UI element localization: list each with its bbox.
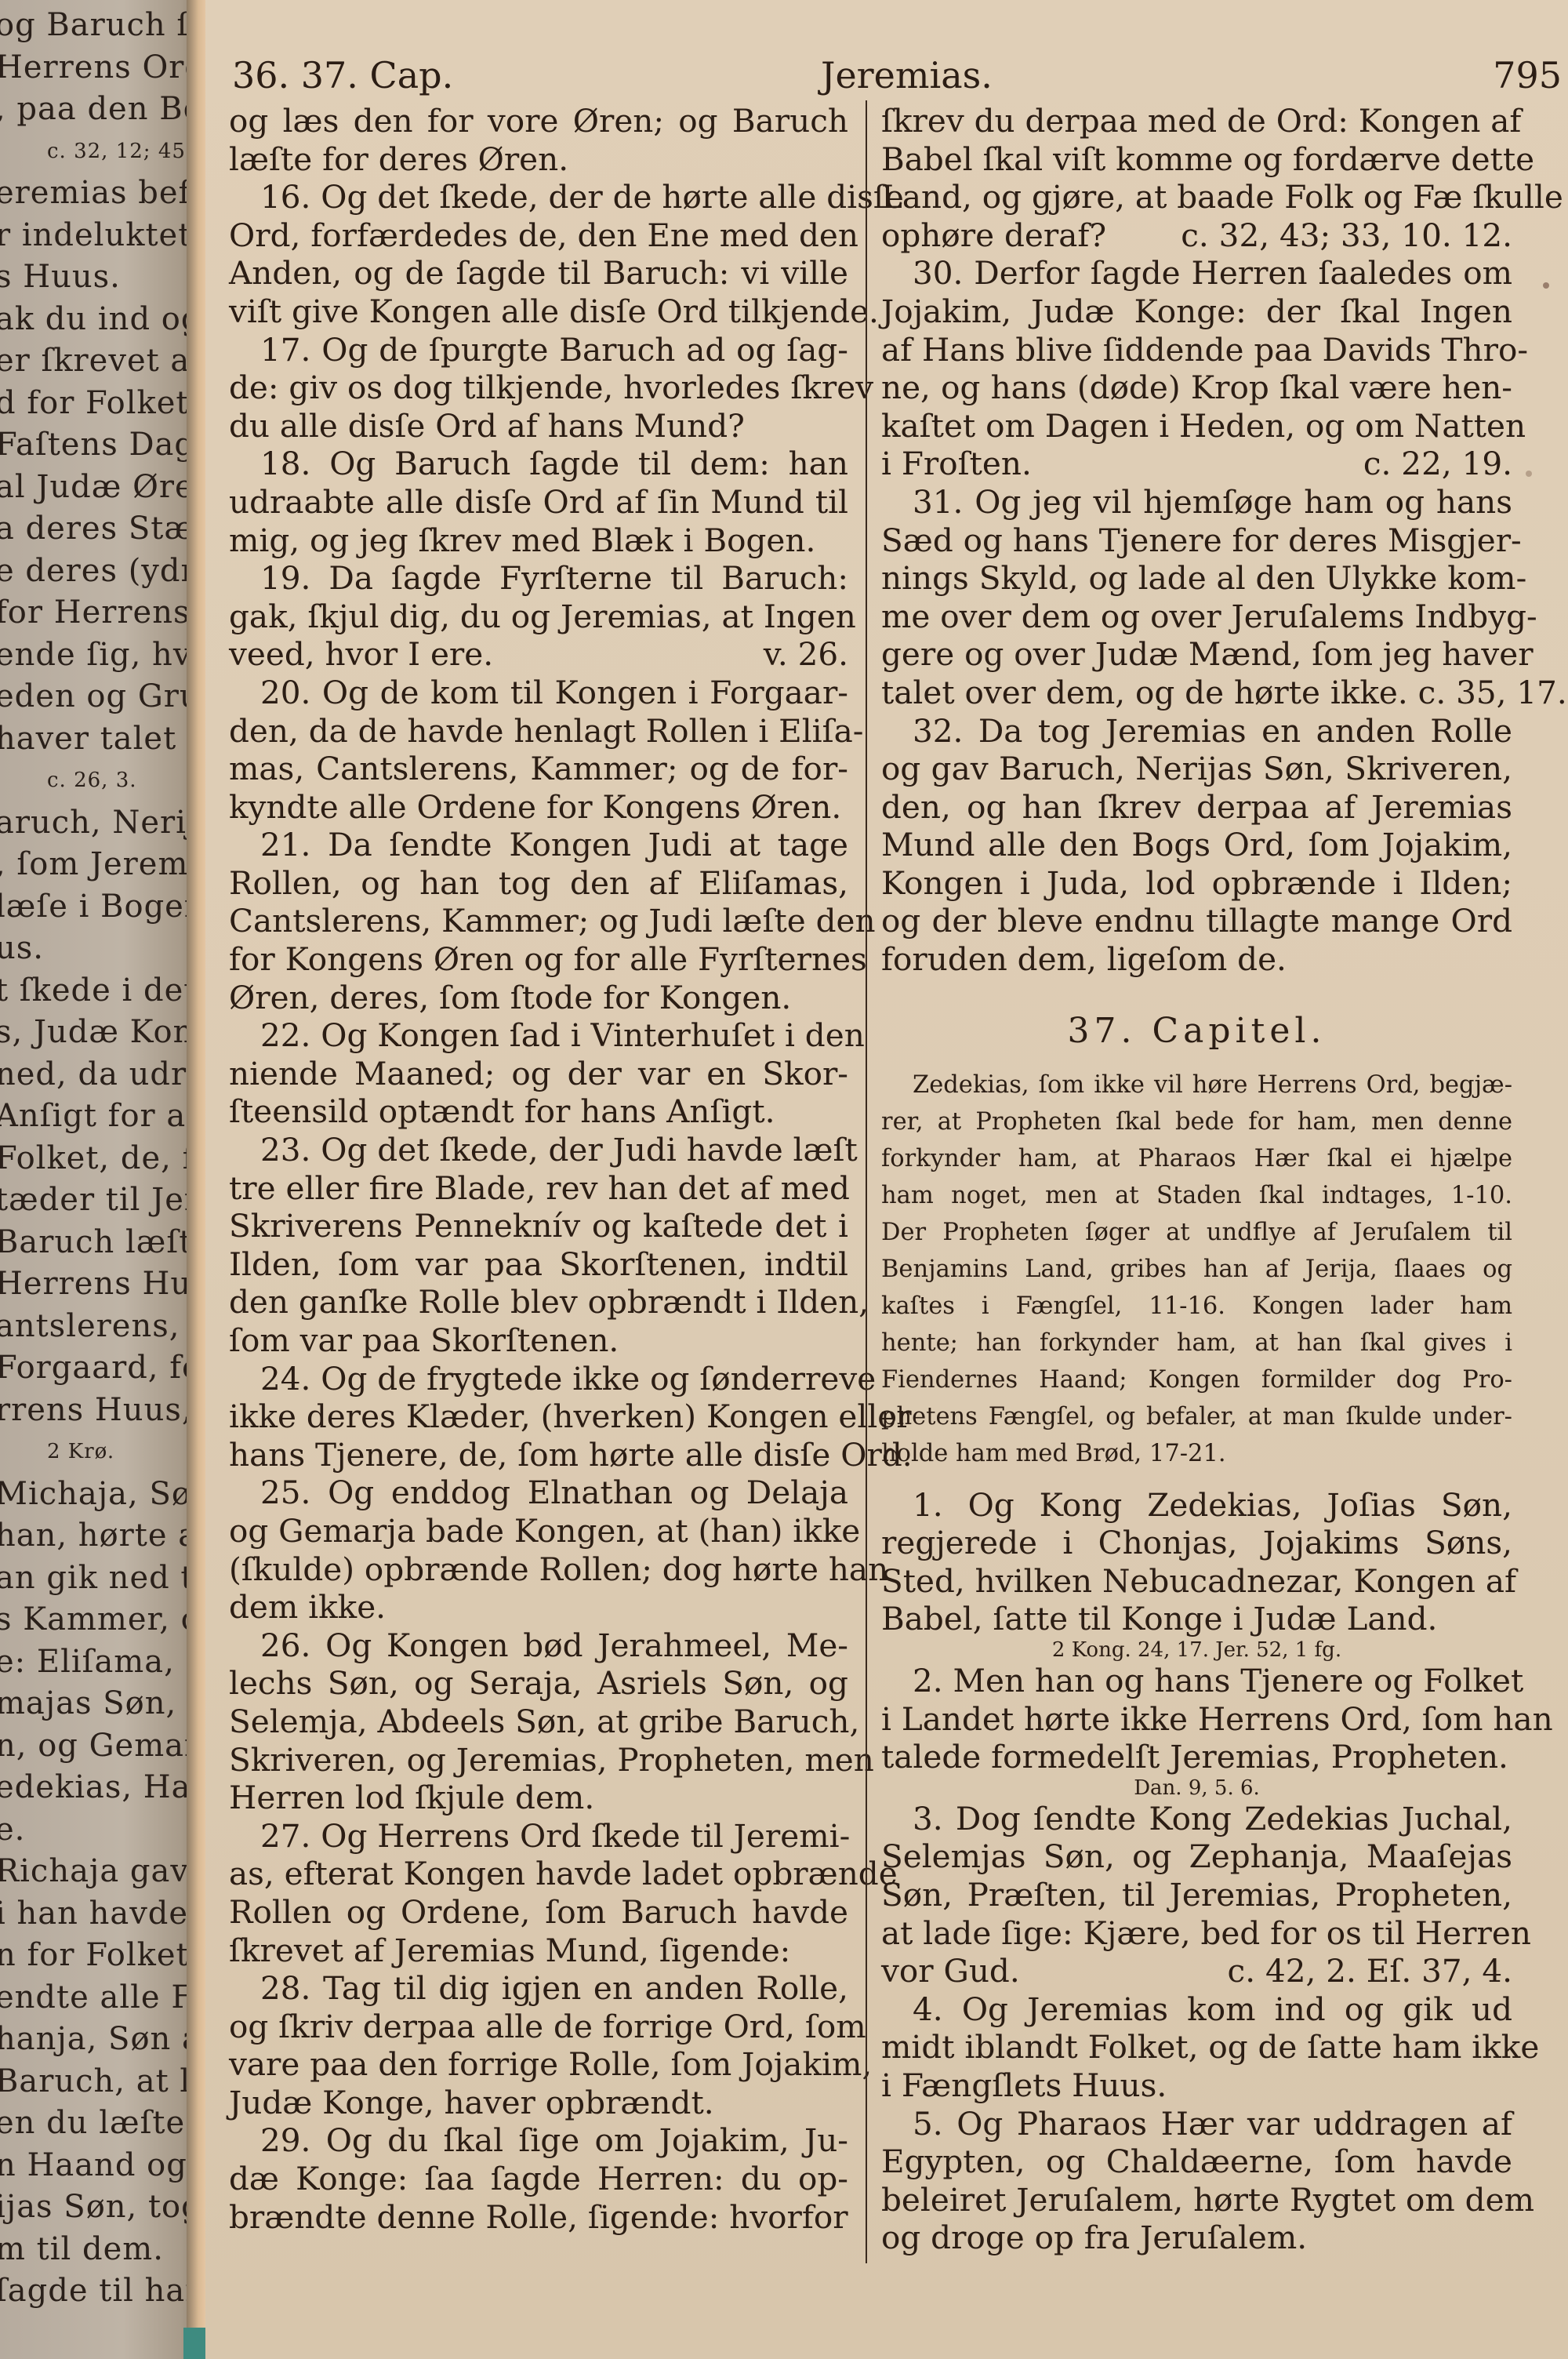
chapter-heading: 37. Capitel.: [881, 1010, 1512, 1052]
facing-page-line: eden og Grumheden: [0, 678, 205, 715]
facing-page-line: c. 26, 3.: [47, 761, 137, 799]
verse-block-1: 1. Og Kong Zedekias, Joſias Søn,regjered…: [881, 1486, 1512, 1638]
text-line: og gav Baruch, Nerijas Søn, Skriveren,: [881, 750, 1512, 788]
cross-reference: c. 22, 19.: [1363, 445, 1512, 483]
cross-reference: c. 32, 43; 33, 10. 12.: [1181, 216, 1512, 255]
text-line: Herren lod ſkjule dem.: [229, 1779, 848, 1817]
paper-spot: [1543, 282, 1549, 289]
facing-page-line: majas Søn, og Elna: [0, 1685, 205, 1722]
text-line: at lade ſige: Kjære, bed for os til Herr…: [881, 1914, 1512, 1953]
book-title: Jeremias.: [821, 52, 993, 99]
text-line: nings Skyld, og lade al den Ulykke kom-: [881, 559, 1512, 598]
text-line: foruden dem, ligeſom de.: [881, 940, 1512, 979]
cross-reference: 2 Kong. 24, 17. Jer. 52, 1 fg.: [881, 1638, 1512, 1662]
text-line: de: giv os dog tilkjende, hvorledes ſkre…: [229, 369, 848, 407]
text-line: Egypten, og Chaldæerne, ſom havde: [881, 2143, 1512, 2181]
running-head: 36. 37. Cap. Jeremias. 795: [221, 52, 1515, 99]
text-line: 16. Og det ſkede, der de hørte alle disſ…: [229, 178, 848, 216]
text-line: gere og over Judæ Mænd, ſom jeg haver: [881, 635, 1512, 674]
text-line: 32. Da tog Jeremias en anden Rolle: [881, 712, 1512, 751]
text-line: gak, ſkjul dig, du og Jeremias, at Ingen: [229, 598, 848, 636]
text-line: brændte denne Rolle, ſigende: hvorfor: [229, 2198, 848, 2237]
text-line: beleiret Jeruſalem, hørte Rygtet om dem: [881, 2181, 1512, 2219]
facing-page-line: ak du ind og læs i: [0, 300, 205, 338]
text-line: Skriverens Penneknív og kaſtede det i: [229, 1207, 848, 1245]
text-line: midt iblandt Folket, og de ſatte ham ikk…: [881, 2028, 1512, 2066]
facing-page-line: Anſigt for alt Folket i: [0, 1097, 205, 1135]
summary-line: Zedekias, ſom ikke vil høre Herrens Ord,…: [881, 1067, 1512, 1103]
text-line: vare paa den forrige Rolle, ſom Jojakim,: [229, 2045, 848, 2084]
text-line: ikke deres Klæder, (hverken) Kongen elle…: [229, 1398, 848, 1436]
facing-page-line: antslerens, Søns, Ka: [0, 1307, 205, 1345]
text-line: Sted, hvilken Nebucadnezar, Kongen af: [881, 1562, 1512, 1601]
verse-block-2: 2. Men han og hans Tjenere og Folketi La…: [881, 1662, 1512, 1776]
text-line: Jojakim, Judæ Konge: der ſkal Ingen: [881, 293, 1512, 331]
text-line: du alle disſe Ord af hans Mund?: [229, 407, 848, 445]
facing-page-line: Faſtens Dag; og du: [0, 426, 205, 463]
summary-line: forkynder ham, at Pharaos Hær ſkal ei hj…: [881, 1140, 1512, 1177]
text-line: 20. Og de kom til Kongen i Forgaar-: [229, 674, 848, 712]
text-line: Øren, deres, ſom ſtode for Kongen.: [229, 979, 848, 1017]
text-line: ſom var paa Skorſtenen.: [229, 1321, 848, 1360]
text-line: Ilden, ſom var paa Skorſtenen, indtil: [229, 1245, 848, 1284]
facing-page-line: Richaja gav dem alle O: [0, 1852, 205, 1890]
text-line: veed, hvor I ere.v. 26.: [229, 635, 848, 674]
text-line: og Gemarja bade Kongen, at (han) ikke: [229, 1512, 848, 1550]
text-line: as, efterat Kongen havde ladet opbrænde: [229, 1855, 848, 1893]
facing-page-line: eremias befoel Baruch: [0, 174, 205, 212]
text-line: 30. Derfor ſagde Herren ſaaledes om: [881, 254, 1512, 293]
summary-line: phetens Fængſel, og befaler, at man ſkul…: [881, 1398, 1512, 1435]
facing-page-line: i han havde hørt, der B: [0, 1895, 205, 1932]
facing-page-line: ende ſig, hver fra ſin: [0, 636, 205, 674]
text-line: Anden, og de ſagde til Baruch: vi ville: [229, 254, 848, 293]
text-line: af Hans blive ſiddende paa Davids Thro-: [881, 331, 1512, 369]
text-line: 18. Og Baruch ſagde til dem: han: [229, 445, 848, 483]
facing-page-line: haver talet imod dette: [0, 720, 205, 758]
text-line: kyndte alle Ordene for Kongens Øren.: [229, 788, 848, 827]
facing-page-line: n Haand og gak (ned): [0, 2146, 205, 2184]
text-line: 29. Og du ſkal ſige om Jojakim, Ju-: [229, 2121, 848, 2160]
text-line: 3. Dog ſendte Kong Zedekias Juchal,: [881, 1800, 1512, 1838]
text-line: 1. Og Kong Zedekias, Joſias Søn,: [881, 1486, 1512, 1525]
page-number: 795: [1493, 52, 1562, 99]
cross-reference: c. 42, 2. Eſ. 37, 4.: [1228, 1952, 1512, 1990]
text-line: mig, og jeg ſkrev med Blæk i Bogen.: [229, 522, 848, 560]
text-line: (ſkulde) opbrænde Rollen; dog hørte han: [229, 1550, 848, 1589]
text-line: og droge op fra Jeruſalem.: [881, 2219, 1512, 2257]
text-line: lechs Søn, og Seraja, Asriels Søn, og: [229, 1664, 848, 1703]
text-line: ne, og hans (døde) Krop ſkal være hen-: [881, 369, 1512, 407]
text-line: 22. Og Kongen ſad i Vinterhuſet i den: [229, 1016, 848, 1055]
facing-page-line: d for Folkets Øren i: [0, 384, 205, 422]
text-line: 5. Og Pharaos Hær var uddragen af: [881, 2105, 1512, 2143]
facing-page-line: ned, da udraabte de en: [0, 1056, 205, 1093]
facing-page-line: e deres (ydmyge) Bøn: [0, 552, 205, 590]
facing-page-line: e: Eliſama, Cantsleren: [0, 1643, 205, 1681]
text-line: vor Gud.c. 42, 2. Eſ. 37, 4.: [881, 1952, 1512, 1990]
facing-page-left: og Baruch ſkrev afHerrens Ord, ſom, paa …: [0, 0, 205, 2359]
cross-reference: v. 26.: [764, 635, 848, 674]
facing-page-line: ijas Søn, tog Rollen: [0, 2188, 205, 2226]
column-divider: [866, 100, 867, 2263]
facing-page-line: us.: [0, 929, 44, 967]
text-line: Land, og gjøre, at baade Folk og Fæ ſkul…: [881, 178, 1512, 216]
text-line: Selemja, Abdeels Søn, at gribe Baruch,: [229, 1703, 848, 1741]
text-line: Sæd og hans Tjenere for deres Misgjer-: [881, 522, 1512, 560]
bookmark-ribbon-edge: [183, 2328, 207, 2359]
facing-page-line: Michaja, Søn af Gem: [0, 1475, 205, 1513]
facing-page-line: s Kammer, og ſee, der: [0, 1601, 205, 1638]
text-line: dem ikke.: [229, 1588, 848, 1627]
text-line: i Fængſlets Huus.: [881, 2066, 1512, 2105]
facing-page-line: er ſkrevet af min: [0, 342, 205, 380]
facing-page-line: 2 Krø.: [47, 1433, 114, 1470]
text-line: udraabte alle disſe Ord af ſin Mund til: [229, 483, 848, 522]
summary-line: holde ham med Brød, 17-21.: [881, 1435, 1512, 1472]
text-line: 21. Da ſendte Kongen Judi at tage: [229, 826, 848, 864]
text-line: Kongen i Juda, lod opbrænde i Ilden;: [881, 864, 1512, 903]
text-line: 28. Tag til dig igjen en anden Rolle,: [229, 1969, 848, 2008]
summary-line: Der Propheten ſøger at undflye af Jeruſa…: [881, 1214, 1512, 1251]
chapter-36-ending: ſkrev du derpaa med de Ord: Kongen afBab…: [881, 102, 1512, 979]
text-line: 27. Og Herrens Ord ſkede til Jeremi-: [229, 1817, 848, 1856]
text-line: Babel, ſatte til Konge i Judæ Land.: [881, 1600, 1512, 1638]
text-line: Selemjas Søn, og Zephanja, Maaſejas: [881, 1837, 1512, 1876]
text-line: den, og han ſkrev derpaa af Jeremias: [881, 788, 1512, 827]
text-line: talede formedelſt Jeremias, Propheten.: [881, 1738, 1512, 1776]
text-line: læſte for deres Øren.: [229, 140, 848, 179]
text-line: ophøre deraf?c. 32, 43; 33, 10. 12.: [881, 216, 1512, 255]
text-line: Ord, forfærdedes de, den Ene med den: [229, 216, 848, 255]
facing-page-line: a deres Stæder.: [0, 510, 205, 547]
facing-page-line: , ſom Jeremias, Pro: [0, 845, 205, 883]
paper-spot: [1526, 471, 1532, 477]
text-line: me over dem og over Jeruſalems Indbyg-: [881, 598, 1512, 636]
summary-line: rer, at Propheten ſkal bede for ham, men…: [881, 1103, 1512, 1140]
facing-page-line: endte alle Fyrſterne: [0, 1979, 205, 2016]
facing-page-line: r indeluktet, jeg kan ikke: [0, 216, 205, 254]
chapter-range: 36. 37. Cap.: [232, 52, 453, 99]
chapter-summary: Zedekias, ſom ikke vil høre Herrens Ord,…: [881, 1067, 1512, 1472]
text-line: og ſkriv derpaa alle de forrige Ord, ſom: [229, 2008, 848, 2046]
text-line: 2. Men han og hans Tjenere og Folket: [881, 1662, 1512, 1700]
facing-page-line: aruch, Nerijas Søn,: [0, 804, 205, 841]
facing-page-line: en du læſte for Folkets: [0, 2104, 205, 2142]
text-line: i Froſten.c. 22, 19.: [881, 445, 1512, 483]
cross-reference: Dan. 9, 5. 6.: [881, 1776, 1512, 1800]
facing-page-line: og Baruch ſkrev af: [0, 6, 205, 44]
text-line: talet over dem, og de hørte ikke. c. 35,…: [881, 674, 1512, 712]
text-line: Mund alle den Bogs Ord, ſom Jojakim,: [881, 826, 1512, 864]
text-line: Rollen og Ordene, ſom Baruch havde: [229, 1893, 848, 1932]
facing-page-line: al Judæ Øren, for dem: [0, 468, 205, 506]
text-line: den, da de havde henlagt Rollen i Eliſa-: [229, 712, 848, 751]
facing-page-line: n for Folkets Øren.: [0, 1936, 205, 1974]
text-line: den ganſke Rolle blev opbrændt i Ilden,: [229, 1283, 848, 1321]
text-line: 4. Og Jeremias kom ind og gik ud: [881, 1990, 1512, 2029]
text-line: for Kongens Øren og for alle Fyrſternes: [229, 940, 848, 979]
facing-page-line: for Herrens Anſigt,: [0, 594, 205, 631]
summary-line: Fiendernes Haand; Kongen formilder dog P…: [881, 1361, 1512, 1398]
text-column-left: og læs den for vore Øren; og Baruchlæſte…: [229, 102, 848, 2236]
facing-page-line: Herrens Huus, i Gem: [0, 1265, 205, 1303]
summary-line: hente; han forkynder ham, at han ſkal gi…: [881, 1325, 1512, 1361]
verse-block-3-5: 3. Dog ſendte Kong Zedekias Juchal,Selem…: [881, 1800, 1512, 2257]
text-line: og læs den for vore Øren; og Baruch: [229, 102, 848, 140]
facing-page-line: hanja, Søn af Selemja: [0, 2020, 205, 2058]
facing-page-line: m til dem.: [0, 2230, 164, 2268]
facing-page-line: rrens Huus, for det: [0, 1391, 205, 1429]
text-line: ſkrev du derpaa med de Ord: Kongen af: [881, 102, 1512, 140]
text-line: Babel ſkal viſt komme og fordærve dette: [881, 140, 1512, 179]
text-line: Skriveren, og Jeremias, Propheten, men: [229, 1741, 848, 1779]
facing-page-line: e.: [0, 1811, 25, 1848]
facing-page-line: læſe i Bogen Herrens: [0, 888, 205, 925]
text-line: regjerede i Chonjas, Jojakims Søns,: [881, 1524, 1512, 1562]
text-line: ſteensild optændt for hans Anſigt.: [229, 1092, 848, 1131]
facing-page-line: han, hørte alle Herrens: [0, 1517, 205, 1554]
facing-page-line: tæder til Jeruſalem.: [0, 1181, 205, 1219]
text-line: Judæ Konge, haver opbrændt.: [229, 2084, 848, 2122]
summary-line: kaſtes i Fængſel, 11-16. Kongen lader ha…: [881, 1288, 1512, 1325]
summary-line: Benjamins Land, gribes han af Jerija, ſl…: [881, 1251, 1512, 1288]
text-line: mas, Cantslerens, Kammer; og de for-: [229, 750, 848, 788]
facing-page-line: s, Judæ Konges, Aar,: [0, 1013, 205, 1051]
facing-page-line: , paa den Bogs Rolle: [0, 90, 205, 128]
facing-page-line: Forgaard, for den nye: [0, 1349, 205, 1387]
summary-line: ham noget, men at Staden ſkal indtages, …: [881, 1177, 1512, 1214]
book-page-795: 36. 37. Cap. Jeremias. 795 og læs den fo…: [205, 0, 1568, 2359]
facing-page-line: c. 32, 12; 45, 1.: [47, 133, 205, 170]
text-line: 31. Og jeg vil hjemſøge ham og hans: [881, 483, 1512, 522]
text-line: tre eller fire Blade, rev han det af med: [229, 1169, 848, 1208]
text-line: Cantslerens, Kammer; og Judi læſte den: [229, 902, 848, 940]
facing-page-line: Baruch læſte i Bogen: [0, 1223, 205, 1261]
text-line: hans Tjenere, de, ſom hørte alle disſe O…: [229, 1436, 848, 1474]
text-line: kaſtet om Dagen i Heden, og om Natten: [881, 407, 1512, 445]
facing-page-line: ſagde til ham: ſæt dig: [0, 2272, 205, 2310]
text-line: niende Maaned; og der var en Skor-: [229, 1055, 848, 1093]
facing-page-line: s Huus.: [0, 258, 121, 296]
text-line: 24. Og de frygtede ikke og ſønderreve: [229, 1360, 848, 1398]
text-line: og der bleve endnu tillagte mange Ord: [881, 902, 1512, 940]
text-line: 23. Og det ſkede, der Judi havde læſt: [229, 1131, 848, 1169]
text-line: i Landet hørte ikke Herrens Ord, ſom han: [881, 1700, 1512, 1739]
facing-page-line: Baruch, at lade ſige:: [0, 2063, 205, 2100]
text-column-right: ſkrev du derpaa med de Ord: Kongen afBab…: [881, 102, 1512, 2257]
facing-page-line: t ſkede i det femte Jo: [0, 972, 205, 1009]
text-line: 17. Og de ſpurgte Baruch ad og ſag-: [229, 331, 848, 369]
facing-page-line: an gik ned til Kongens: [0, 1559, 205, 1597]
text-line: 26. Og Kongen bød Jerahmeel, Me-: [229, 1627, 848, 1665]
text-line: 25. Og enddog Elnathan og Delaja: [229, 1474, 848, 1512]
facing-page-line: edekias, Hananjas Søn: [0, 1768, 205, 1806]
text-line: 19. Da ſagde Fyrſterne til Baruch:: [229, 559, 848, 598]
facing-page-line: Herrens Ord, ſom: [0, 49, 205, 86]
facing-page-line: Folket, de, ſom vare: [0, 1140, 205, 1177]
text-line: ſkrevet af Jeremias Mund, ſigende:: [229, 1932, 848, 1970]
text-line: Søn, Præſten, til Jeremias, Propheten,: [881, 1876, 1512, 1914]
text-line: Rollen, og han tog den af Eliſamas,: [229, 864, 848, 903]
text-line: dæ Konge: ſaa ſagde Herren: du op-: [229, 2160, 848, 2198]
facing-page-line: n, og Gemarja, Sap: [0, 1727, 205, 1765]
text-line: viſt give Kongen alle disſe Ord tilkjend…: [229, 293, 848, 331]
